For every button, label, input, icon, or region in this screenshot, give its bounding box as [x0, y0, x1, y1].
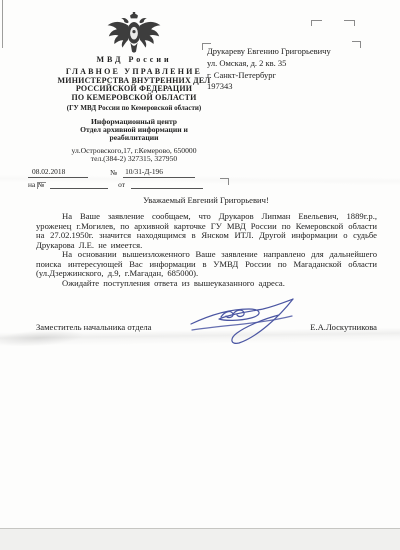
scan-edge-artifact	[2, 0, 3, 48]
incoming-date-label: от	[118, 181, 125, 189]
paper-bottom-edge	[0, 528, 400, 529]
signer-name: Е.А.Лоскутникова	[310, 322, 377, 332]
letterhead: МВД России ГЛАВНОЕ УПРАВЛЕНИЕ МИНИСТЕРСТ…	[28, 12, 240, 189]
recipient-postcode: 197343	[207, 81, 367, 93]
recipient-city: г. Санкт-Петербург	[207, 70, 367, 82]
org-name-line4: ПО КЕМЕРОВСКОЙ ОБЛАСТИ	[28, 94, 240, 103]
incoming-date-blank	[131, 188, 203, 189]
salutation: Уважаемый Евгений Григорьевич!	[36, 195, 376, 205]
org-abbreviation: (ГУ МВД России по Кемеровской области)	[28, 105, 240, 113]
outgoing-reference-row: 08.02.2018 № 10/31-Д-196	[28, 168, 240, 177]
mvd-eagle-emblem-icon	[105, 12, 163, 54]
incoming-number-label: на №	[28, 181, 44, 189]
org-phone: тел.(384-2) 327315, 327950	[28, 155, 240, 163]
body-paragraph-1: На Ваше заявление сообщаем, что Друкаров…	[36, 212, 377, 250]
recipient-address-block: Друкареву Евгению Григорьевичу ул. Омска…	[207, 46, 367, 93]
scanned-letter-page: МВД России ГЛАВНОЕ УПРАВЛЕНИЕ МИНИСТЕРСТ…	[0, 0, 400, 550]
incoming-number-blank	[50, 188, 108, 189]
body-paragraph-2: На основании вышеизложенного Ваше заявле…	[36, 250, 377, 279]
number-sign-label: №	[110, 169, 117, 177]
letter-date: 08.02.2018	[28, 168, 88, 177]
incoming-reference-row: на № от	[28, 181, 240, 189]
letter-number: 10/31-Д-196	[123, 168, 195, 177]
recipient-street: ул. Омская, д. 2 кв. 35	[207, 58, 367, 70]
body-paragraph-3: Ожидайте поступления ответа из вышеуказа…	[36, 279, 377, 289]
recipient-name: Друкареву Евгению Григорьевичу	[207, 46, 367, 58]
department-line3: реабилитации	[28, 134, 240, 142]
signer-position: Заместитель начальника отдела	[36, 322, 152, 332]
handwritten-signature	[186, 296, 304, 348]
letter-body: На Ваше заявление сообщаем, что Друкаров…	[36, 212, 377, 288]
